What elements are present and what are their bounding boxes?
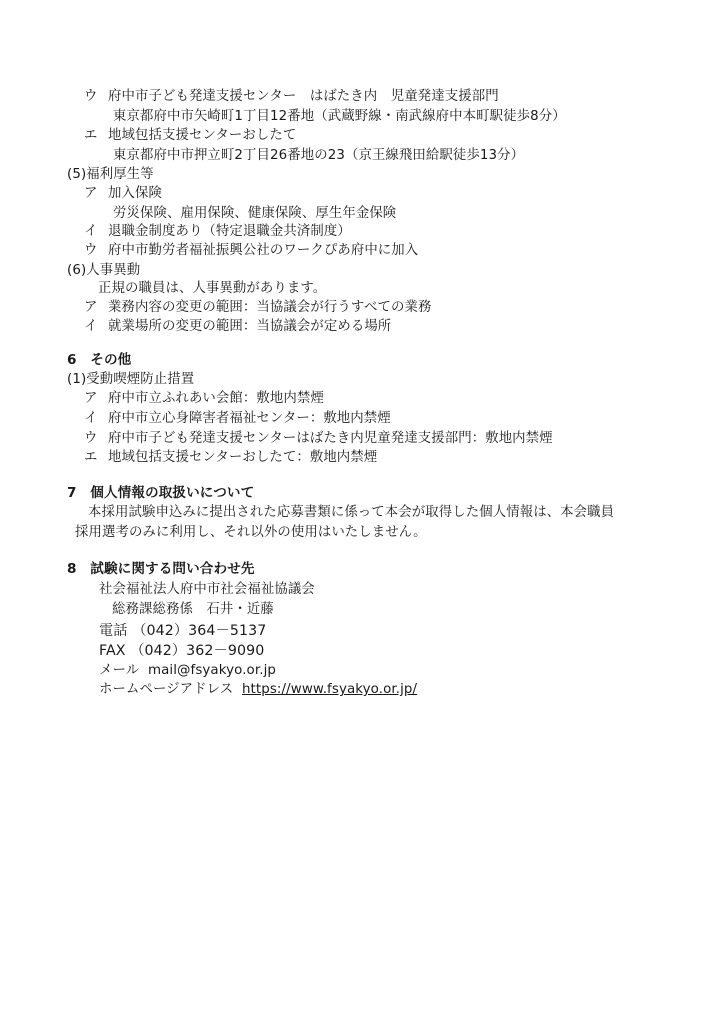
smoking-item-text: 府中市立ふれあい会館：敷地内禁煙 [108,391,324,406]
section6-heading: 6 その他 [67,351,131,369]
welfare-item-text: 加入保険 [108,186,162,201]
smoking-item: イ府中市立心身障害者福祉センター：敷地内禁煙 [84,410,391,428]
fax-number: （042）362－9090 [130,643,264,659]
list-marker: エ [84,127,108,145]
workplace-u: ウ府中市子ども発達支援センター はばたき内 児童発達支援部門 [84,88,499,106]
welfare-item: ア加入保険 [84,185,162,203]
welfare-item: ウ府中市勤労者福祉振興公社のワークぴあ府中に加入 [84,242,418,260]
welfare-heading: (5)福利厚生等 [67,166,154,184]
phone-number: （042）364－5137 [132,623,266,639]
contact-fax: FAX （042）362－9090 [99,642,264,660]
smoking-item: エ地域包括支援センターおしたて：敷地内禁煙 [84,449,377,467]
transfer-intro: 正規の職員は、人事異動があります。 [98,280,326,298]
workplace-name: 府中市子ども発達支援センター はばたき内 児童発達支援部門 [108,89,499,104]
email-address[interactable]: mail@fsyakyo.or.jp [148,663,276,678]
insurance-detail: 労災保険、雇用保険、健康保険、厚生年金保険 [113,205,396,223]
transfer-heading: (6)人事異動 [67,262,140,280]
phone-label: 電話 [99,623,128,639]
smoking-item-text: 府中市子ども発達支援センターはばたき内児童発達支援部門：敷地内禁煙 [108,431,553,446]
contact-website: ホームページアドレス https://www.fsyakyo.or.jp/ [99,681,417,699]
workplace-e: エ地域包括支援センターおしたて [84,127,296,145]
welfare-item-text: 退職金制度あり（特定退職金共済制度） [108,224,351,239]
fax-label: FAX [99,643,126,659]
privacy-text-line2: 採用選考のみに利用し、それ以外の使用はいたしません。 [75,524,427,542]
list-marker: イ [84,318,108,336]
contact-phone: 電話 （042）364－5137 [99,622,266,640]
list-marker: イ [84,410,108,428]
section7-heading: 7 個人情報の取扱いについて [67,484,254,502]
smoking-item: ア府中市立ふれあい会館：敷地内禁煙 [84,390,324,408]
transfer-item: ア業務内容の変更の範囲：当協議会が行うすべての業務 [84,299,432,317]
transfer-item-text: 業務内容の変更の範囲：当協議会が行うすべての業務 [108,300,432,315]
list-marker: ア [84,390,108,408]
workplace-e-address: 東京都府中市押立町2丁目26番地の23（京王線飛田給駅徒歩13分） [113,147,524,165]
list-marker: イ [84,223,108,241]
privacy-text-line1: 本採用試験申込みに提出された応募書類に係って本会が取得した個人情報は、本会職員 [88,504,614,522]
workplace-u-address: 東京都府中市矢崎町1丁目12番地（武蔵野線・南武線府中本町駅徒歩8分） [113,108,566,126]
smoking-heading: (1)受動喫煙防止措置 [67,371,194,389]
list-marker: ウ [84,430,108,448]
transfer-item: イ就業場所の変更の範囲：当協議会が定める場所 [84,318,391,336]
contact-email: メール mail@fsyakyo.or.jp [99,662,276,680]
list-marker: ウ [84,242,108,260]
list-marker: ウ [84,88,108,106]
smoking-item-text: 府中市立心身障害者福祉センター：敷地内禁煙 [108,411,391,426]
smoking-item-text: 地域包括支援センターおしたて：敷地内禁煙 [108,450,377,465]
contact-department: 総務課総務係 石井・近藤 [112,601,274,619]
section8-heading: 8 試験に関する問い合わせ先 [67,560,255,578]
workplace-name: 地域包括支援センターおしたて [108,128,296,143]
welfare-item: イ退職金制度あり（特定退職金共済制度） [84,223,351,241]
document-page: ウ府中市子ども発達支援センター はばたき内 児童発達支援部門 東京都府中市矢崎町… [0,0,724,1024]
list-marker: ア [84,185,108,203]
website-link[interactable]: https://www.fsyakyo.or.jp/ [242,682,417,697]
list-marker: エ [84,449,108,467]
transfer-item-text: 就業場所の変更の範囲：当協議会が定める場所 [108,319,391,334]
website-label: ホームページアドレス [99,682,233,697]
email-label: メール [99,663,139,678]
contact-organization: 社会福祉法人府中市社会福祉協議会 [99,581,315,599]
list-marker: ア [84,299,108,317]
welfare-item-text: 府中市勤労者福祉振興公社のワークぴあ府中に加入 [108,243,418,258]
smoking-item: ウ府中市子ども発達支援センターはばたき内児童発達支援部門：敷地内禁煙 [84,430,553,448]
